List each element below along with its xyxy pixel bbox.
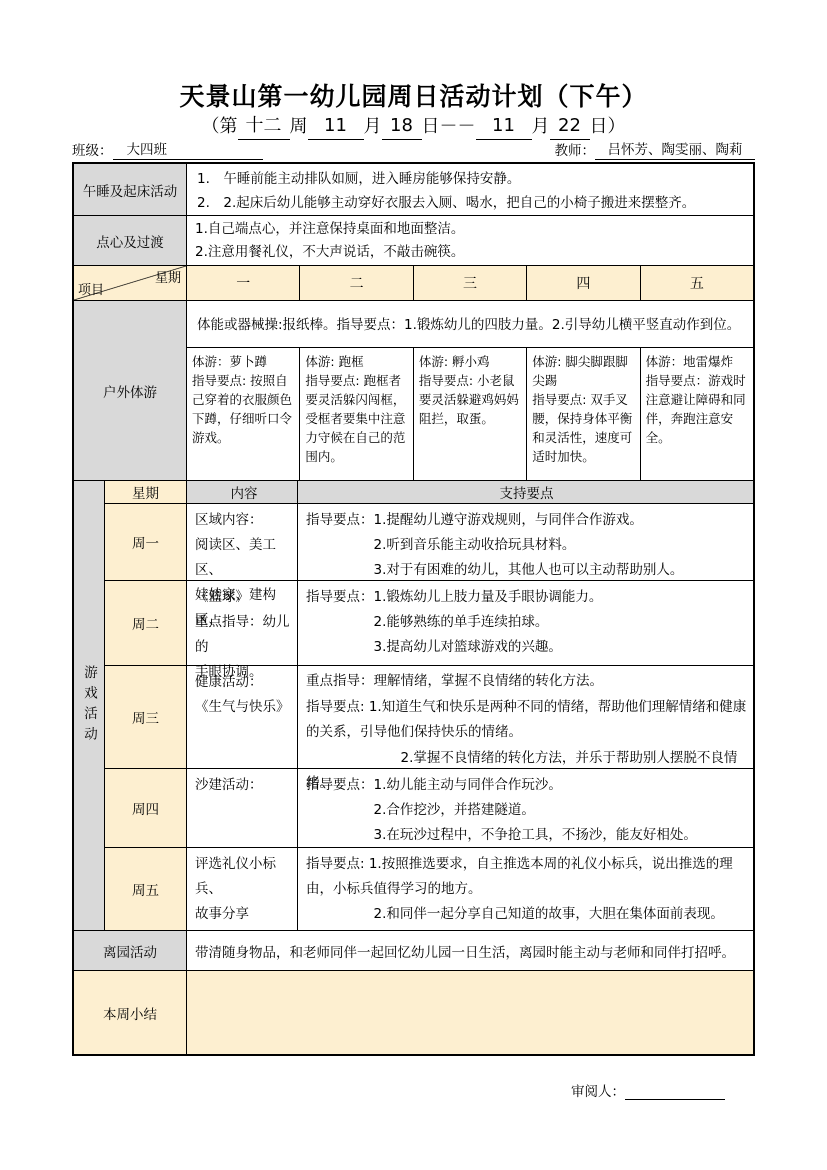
teacher-value: 吕怀芳、陶雯丽、陶莉 xyxy=(595,142,755,160)
day-header-thu: 四 xyxy=(527,266,640,300)
nap-row: 午睡及起床活动 1. 午睡前能主动排队如厕，进入睡房能够保持安静。 2. 2.起… xyxy=(74,164,753,216)
play-row-mon: 周一 区域内容： 阅读区、美工区、 娃娃家、建构区、 指导要点：1.提醒幼儿遵守… xyxy=(105,504,753,581)
outdoor-row: 户外体游 体能或器械操:报纸棒。指导要点：1.锻炼幼儿的四肢力量。2.引导幼儿横… xyxy=(74,301,753,481)
play-tue-content: 《篮球》 重点指导：幼儿的 手眼协调。 xyxy=(187,581,298,665)
play-tue-day: 周二 xyxy=(105,581,187,665)
game-mon-detail: 指导要点: 按照自己穿着的衣服颜色下蹲，仔细听口令游戏。 xyxy=(192,371,295,447)
start-day-blank: 18 xyxy=(382,113,422,140)
diagonal-corner-cell: 星期 项目 xyxy=(74,266,187,300)
class-value: 大四班 xyxy=(113,142,263,160)
game-tue-title: 体游: 跑框 xyxy=(305,352,408,371)
subtitle-prefix: （第 xyxy=(202,116,238,137)
weekday-header-row: 星期 项目 一 二 三 四 五 xyxy=(74,266,753,301)
reviewer-blank xyxy=(625,1085,725,1100)
day-header-tue: 二 xyxy=(300,266,413,300)
outdoor-content: 体能或器械操:报纸棒。指导要点：1.锻炼幼儿的四肢力量。2.引导幼儿横平竖直动作… xyxy=(187,301,753,480)
nap-row-label: 午睡及起床活动 xyxy=(74,164,187,215)
game-fri-detail: 指导要点：游戏时注意避让障碍和同伴，奔跑注意安全。 xyxy=(646,371,749,447)
snack-row-label: 点心及过渡 xyxy=(74,216,187,265)
game-wed-detail: 指导要点: 小老鼠要灵活躲避鸡妈妈阻拦，取蛋。 xyxy=(419,371,522,428)
week-number-blank: 十二 xyxy=(238,113,290,140)
corner-week-label: 星期 xyxy=(155,267,181,286)
game-fri-title: 体游：地雷爆炸 xyxy=(646,352,749,371)
play-row-wed: 周三 健康活动： 《生气与快乐》 重点指导：理解情绪，掌握不良情绪的转化方法。 … xyxy=(105,666,753,769)
game-wed: 体游: 孵小鸡 指导要点: 小老鼠要灵活躲避鸡妈妈阻拦，取蛋。 xyxy=(414,348,527,480)
summary-row-label: 本周小结 xyxy=(74,971,187,1054)
game-wed-title: 体游: 孵小鸡 xyxy=(419,352,522,371)
game-thu: 体游: 脚尖脚跟脚尖踢 指导要点: 双手叉腰，保持身体平衡和灵活性，速度可适时加… xyxy=(527,348,640,480)
play-mon-content: 区域内容： 阅读区、美工区、 娃娃家、建构区、 xyxy=(187,504,298,580)
summary-row: 本周小结 xyxy=(74,971,753,1054)
play-wed-day: 周三 xyxy=(105,666,187,768)
leave-row-label: 离园活动 xyxy=(74,931,187,970)
game-thu-detail: 指导要点: 双手叉腰，保持身体平衡和灵活性，速度可适时加快。 xyxy=(532,390,635,466)
play-mon-day: 周一 xyxy=(105,504,187,580)
corner-item-label: 项目 xyxy=(78,279,104,298)
play-header-support: 支持要点 xyxy=(298,481,753,503)
teacher-label: 教师： xyxy=(555,143,596,159)
day-header-fri: 五 xyxy=(641,266,753,300)
week-label: 周 xyxy=(290,116,308,137)
snack-row-content: 1.自己端点心，并注意保持桌面和地面整洁。 2.注意用餐礼仪，不大声说话，不敲击… xyxy=(187,216,753,265)
leave-row: 离园活动 带清随身物品，和老师同伴一起回忆幼儿园一日生活，离园时能主动与老师和同… xyxy=(74,931,753,971)
month-label-2: 月 xyxy=(532,116,550,137)
play-header-content: 内容 xyxy=(187,481,298,503)
play-fri-day: 周五 xyxy=(105,848,187,930)
play-header-row: 星期 内容 支持要点 xyxy=(105,481,753,504)
weekly-plan-document: 天景山第一幼儿园周日活动计划（下午） （第十二周11月18日－－11月22日） … xyxy=(72,82,755,1100)
play-vertical-text: 游戏活动 xyxy=(79,665,99,747)
plan-table: 午睡及起床活动 1. 午睡前能主动排队如厕，进入睡房能够保持安静。 2. 2.起… xyxy=(72,162,755,1056)
summary-row-content xyxy=(187,971,753,1054)
play-wed-content: 健康活动： 《生气与快乐》 xyxy=(187,666,298,768)
play-thu-support: 指导要点：1.幼儿能主动与同伴合作玩沙。 2.合作挖沙，并搭建隧道。 3.在玩沙… xyxy=(298,769,753,847)
outdoor-summary: 体能或器械操:报纸棒。指导要点：1.锻炼幼儿的四肢力量。2.引导幼儿横平竖直动作… xyxy=(187,301,753,348)
play-thu-day: 周四 xyxy=(105,769,187,847)
play-table: 星期 内容 支持要点 周一 区域内容： 阅读区、美工区、 娃娃家、建构区、 指导… xyxy=(105,481,753,930)
play-section-label: 游戏活动 xyxy=(74,481,105,930)
play-header-day: 星期 xyxy=(105,481,187,503)
snack-row: 点心及过渡 1.自己端点心，并注意保持桌面和地面整洁。 2.注意用餐礼仪，不大声… xyxy=(74,216,753,266)
play-row-thu: 周四 沙建活动： 指导要点：1.幼儿能主动与同伴合作玩沙。 2.合作挖沙，并搭建… xyxy=(105,769,753,848)
game-thu-title: 体游: 脚尖脚跟脚尖踢 xyxy=(532,352,635,390)
play-row-tue: 周二 《篮球》 重点指导：幼儿的 手眼协调。 指导要点：1.锻炼幼儿上肢力量及手… xyxy=(105,581,753,666)
reviewer-line: 审阅人： xyxy=(72,1080,755,1100)
play-fri-content: 评选礼仪小标兵、 故事分享 xyxy=(187,848,298,930)
day-header-mon: 一 xyxy=(187,266,300,300)
reviewer-label: 审阅人： xyxy=(571,1084,625,1100)
nap-row-content: 1. 午睡前能主动排队如厕，进入睡房能够保持安静。 2. 2.起床后幼儿能够主动… xyxy=(187,164,753,215)
day-header-wed: 三 xyxy=(414,266,527,300)
game-fri: 体游：地雷爆炸 指导要点：游戏时注意避让障碍和同伴，奔跑注意安全。 xyxy=(641,348,753,480)
meta-line: 班级：大四班 教师：吕怀芳、陶雯丽、陶莉 xyxy=(72,142,755,160)
end-day-blank: 22 xyxy=(550,113,590,140)
play-mon-support: 指导要点：1.提醒幼儿遵守游戏规则，与同伴合作游戏。 2.听到音乐能主动收拾玩具… xyxy=(298,504,753,580)
month-label-1: 月 xyxy=(364,116,382,137)
date-suffix: 日） xyxy=(590,116,626,137)
play-tue-support: 指导要点：1.锻炼幼儿上肢力量及手眼协调能力。 2.能够熟练的单手连续拍球。 3… xyxy=(298,581,753,665)
outdoor-row-label: 户外体游 xyxy=(74,301,187,480)
start-month-blank: 11 xyxy=(308,113,364,140)
play-fri-support: 指导要点: 1.按照推选要求，自主推选本周的礼仪小标兵，说出推选的理由，小标兵值… xyxy=(298,848,753,930)
class-field: 班级：大四班 xyxy=(72,142,263,160)
game-tue-detail: 指导要点: 跑框者要灵活躲闪闯框，受框者要集中注意力守候在自己的范围内。 xyxy=(305,371,408,466)
date-dash: －－ xyxy=(440,116,476,137)
game-mon: 体游：萝卜蹲 指导要点: 按照自己穿着的衣服颜色下蹲，仔细听口令游戏。 xyxy=(187,348,300,480)
game-tue: 体游: 跑框 指导要点: 跑框者要灵活躲闪闯框，受框者要集中注意力守候在自己的范… xyxy=(300,348,413,480)
play-thu-content: 沙建活动： xyxy=(187,769,298,847)
teacher-field: 教师：吕怀芳、陶雯丽、陶莉 xyxy=(555,142,756,160)
day-label-1: 日 xyxy=(422,116,440,137)
play-row-fri: 周五 评选礼仪小标兵、 故事分享 指导要点: 1.按照推选要求，自主推选本周的礼… xyxy=(105,848,753,930)
play-wed-support: 重点指导：理解情绪，掌握不良情绪的转化方法。 指导要点: 1.知道生气和快乐是两… xyxy=(298,666,753,768)
class-label: 班级： xyxy=(72,143,113,159)
outdoor-games: 体游：萝卜蹲 指导要点: 按照自己穿着的衣服颜色下蹲，仔细听口令游戏。 体游: … xyxy=(187,348,753,480)
date-range-line: （第十二周11月18日－－11月22日） xyxy=(72,113,755,140)
end-month-blank: 11 xyxy=(476,113,532,140)
game-mon-title: 体游：萝卜蹲 xyxy=(192,352,295,371)
play-section: 游戏活动 星期 内容 支持要点 周一 区域内容： 阅读区、美工区、 娃娃家、建构… xyxy=(74,481,753,931)
page-title: 天景山第一幼儿园周日活动计划（下午） xyxy=(72,82,755,112)
leave-row-content: 带清随身物品，和老师同伴一起回忆幼儿园一日生活，离园时能主动与老师和同伴打招呼。 xyxy=(187,931,753,970)
